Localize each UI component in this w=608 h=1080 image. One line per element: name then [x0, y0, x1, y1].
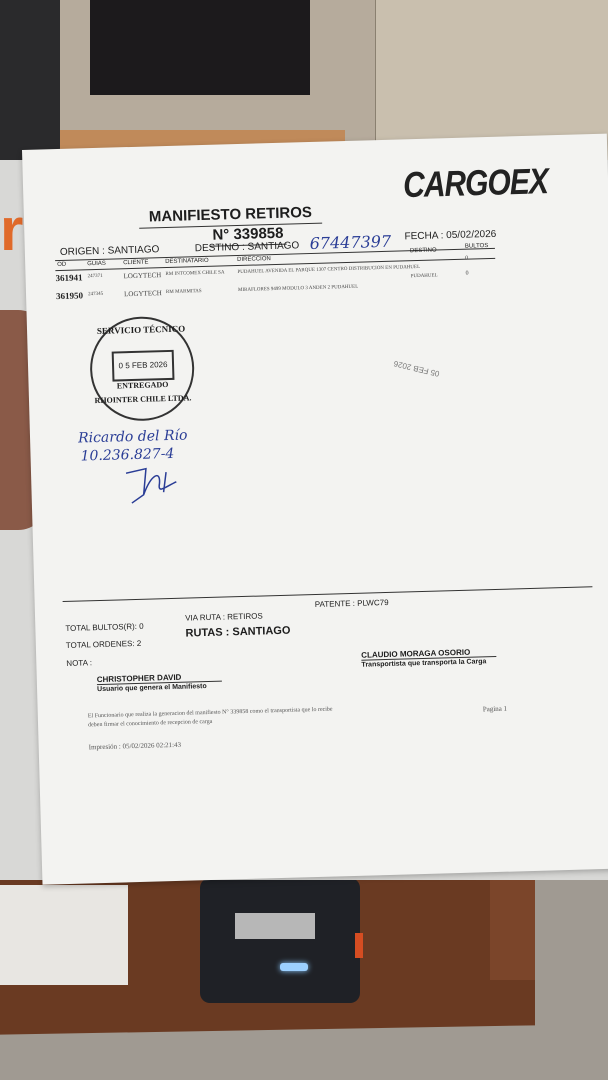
printer-button — [355, 933, 363, 958]
nota-label: NOTA : — [66, 658, 92, 668]
signature-icon — [121, 463, 192, 505]
handwritten-rut: 10.236.827-4 — [80, 446, 174, 465]
col-header-guias: GUIAS — [87, 261, 106, 268]
origen-field: ORIGEN : SANTIAGO — [60, 244, 160, 258]
entregado-stamp: SERVICIO TÉCNICO 0 5 FEB 2026 ENTREGADO … — [89, 315, 196, 422]
document-title: MANIFIESTO RETIROS — [139, 204, 323, 229]
handheld-printer — [200, 878, 360, 1003]
col-header-od: OD — [57, 262, 66, 268]
col-header-destinatario: DESTINATARIO — [165, 258, 209, 265]
fecha-field: FECHA : 05/02/2026 — [404, 229, 496, 243]
stamp-date: 0 5 FEB 2026 — [112, 350, 175, 382]
background-paper — [0, 885, 128, 985]
col-header-bultos: BULTOS — [465, 243, 489, 250]
rutas: RUTAS : SANTIAGO — [185, 625, 290, 640]
patente: PATENTE : PLWC79 — [315, 598, 389, 609]
background-monitor — [90, 0, 310, 95]
destino-field: DESTINO : SANTIAGO — [195, 240, 300, 254]
footer-note-line2: deben firmar el conocimiento de recepcio… — [88, 719, 212, 728]
printer-label — [235, 913, 315, 939]
orange-logo-fragment: r — [0, 195, 23, 264]
printer-led-icon — [280, 963, 308, 971]
print-timestamp: Impresión : 05/02/2026 02:21:43 — [89, 741, 182, 752]
background-desk-edge — [490, 870, 535, 980]
footer-note-line1: El Funcionario que realiza la generacion… — [88, 707, 333, 720]
manifest-document: CARGOEX MANIFIESTO RETIROS N° 339858 ORI… — [22, 134, 608, 885]
handwritten-name: Ricardo del Río — [78, 427, 188, 446]
page-number: Pagina 1 — [483, 705, 508, 714]
total-ordenes: TOTAL ORDENES: 2 — [66, 639, 142, 650]
handwritten-number: 67447397 — [309, 232, 391, 253]
cargoex-logo: CARGOEX — [403, 162, 549, 207]
total-bultos: TOTAL BULTOS(R): 0 — [65, 622, 143, 633]
faint-date-stamp: 05 FEB 2026 — [393, 359, 441, 379]
col-header-direccion: DIRECCION — [237, 256, 271, 263]
col-header-destino: DESTINO — [410, 247, 437, 254]
via-ruta: VIA RUTA : RETIROS — [185, 611, 263, 622]
col-header-cliente: CLIENTE — [123, 260, 149, 267]
